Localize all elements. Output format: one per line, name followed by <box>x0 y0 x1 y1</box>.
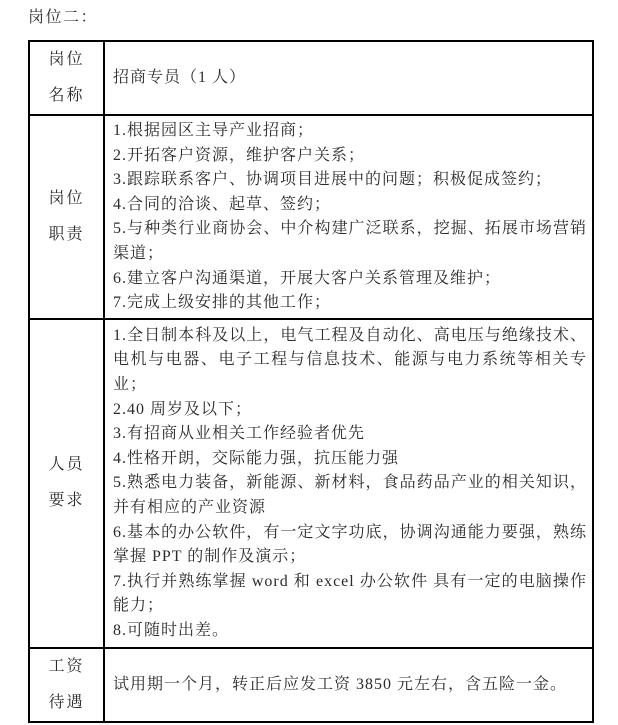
row-label-line: 要求 <box>30 483 103 519</box>
row-label-salary: 工资待遇 <box>29 648 104 722</box>
content-line: 3.跟踪联系客户、协调项目进展中的问题；积极促成签约； <box>113 168 587 193</box>
content-line: 7.完成上级安排的其他工作； <box>113 291 587 316</box>
content-line: 2.40 周岁及以下； <box>113 398 587 423</box>
content-line: 招商专员（1 人） <box>113 65 587 91</box>
table-row-salary: 工资待遇试用期一个月，转正后应发工资 3850 元左右，含五险一金。 <box>29 648 593 722</box>
row-label-line: 人员 <box>30 447 103 483</box>
content-line: 1.根据园区主导产业招商； <box>113 119 587 144</box>
content-line: 5.熟悉电力装备，新能源、新材料，食品药品产业的相关知识，并有相应的产业资源 <box>113 471 587 520</box>
content-line: 6.基本的办公软件，有一定文字功底，协调沟通能力要强，熟练掌握 PPT 的制作及… <box>113 521 587 570</box>
content-line: 5.与种类行业商协会、中介构建广泛联系，挖掘、拓展市场营销渠道； <box>113 217 587 266</box>
document-page: 岗位二： 岗位名称招商专员（1 人）岗位职责1.根据园区主导产业招商；2.开拓客… <box>0 0 618 725</box>
row-label-line: 职责 <box>30 217 103 253</box>
content-line: 7.执行并熟练掌握 word 和 excel 办公软件 具有一定的电脑操作能力； <box>113 570 587 619</box>
row-label-line: 岗位 <box>30 181 103 217</box>
content-line: 试用期一个月，转正后应发工资 3850 元左右，含五险一金。 <box>113 665 587 704</box>
row-label-name: 岗位名称 <box>29 41 104 115</box>
row-content-salary: 试用期一个月，转正后应发工资 3850 元左右，含五险一金。 <box>104 648 593 722</box>
content-line: 2.开拓客户资源，维护客户关系； <box>113 144 587 169</box>
row-content-require: 1.全日制本科及以上，电气工程及自动化、高电压与绝缘技术、电机与电器、电子工程与… <box>104 319 593 648</box>
table-row-require: 人员要求1.全日制本科及以上，电气工程及自动化、高电压与绝缘技术、电机与电器、电… <box>29 319 593 648</box>
job-position-table: 岗位名称招商专员（1 人）岗位职责1.根据园区主导产业招商；2.开拓客户资源，维… <box>28 40 594 723</box>
table-row-duty: 岗位职责1.根据园区主导产业招商；2.开拓客户资源，维护客户关系；3.跟踪联系客… <box>29 115 593 319</box>
row-label-line: 名称 <box>30 78 103 114</box>
row-label-duty: 岗位职责 <box>29 115 104 319</box>
content-line: 8.可随时出差。 <box>113 619 587 644</box>
row-content-name: 招商专员（1 人） <box>104 41 593 115</box>
row-label-line: 待遇 <box>30 685 103 721</box>
content-line: 4.合同的洽谈、起草、签约； <box>113 193 587 218</box>
page-title: 岗位二： <box>0 0 618 29</box>
content-line: 1.全日制本科及以上，电气工程及自动化、高电压与绝缘技术、电机与电器、电子工程与… <box>113 324 587 398</box>
row-label-require: 人员要求 <box>29 319 104 648</box>
job-position-table-body: 岗位名称招商专员（1 人）岗位职责1.根据园区主导产业招商；2.开拓客户资源，维… <box>29 41 593 722</box>
row-label-line: 岗位 <box>30 42 103 78</box>
content-line: 6.建立客户沟通渠道，开展大客户关系管理及维护； <box>113 267 587 292</box>
row-label-line: 工资 <box>30 649 103 685</box>
content-line: 4.性格开朗，交际能力强，抗压能力强 <box>113 447 587 472</box>
content-line: 3.有招商从业相关工作经验者优先 <box>113 422 587 447</box>
row-content-duty: 1.根据园区主导产业招商；2.开拓客户资源，维护客户关系；3.跟踪联系客户、协调… <box>104 115 593 319</box>
table-row-name: 岗位名称招商专员（1 人） <box>29 41 593 115</box>
